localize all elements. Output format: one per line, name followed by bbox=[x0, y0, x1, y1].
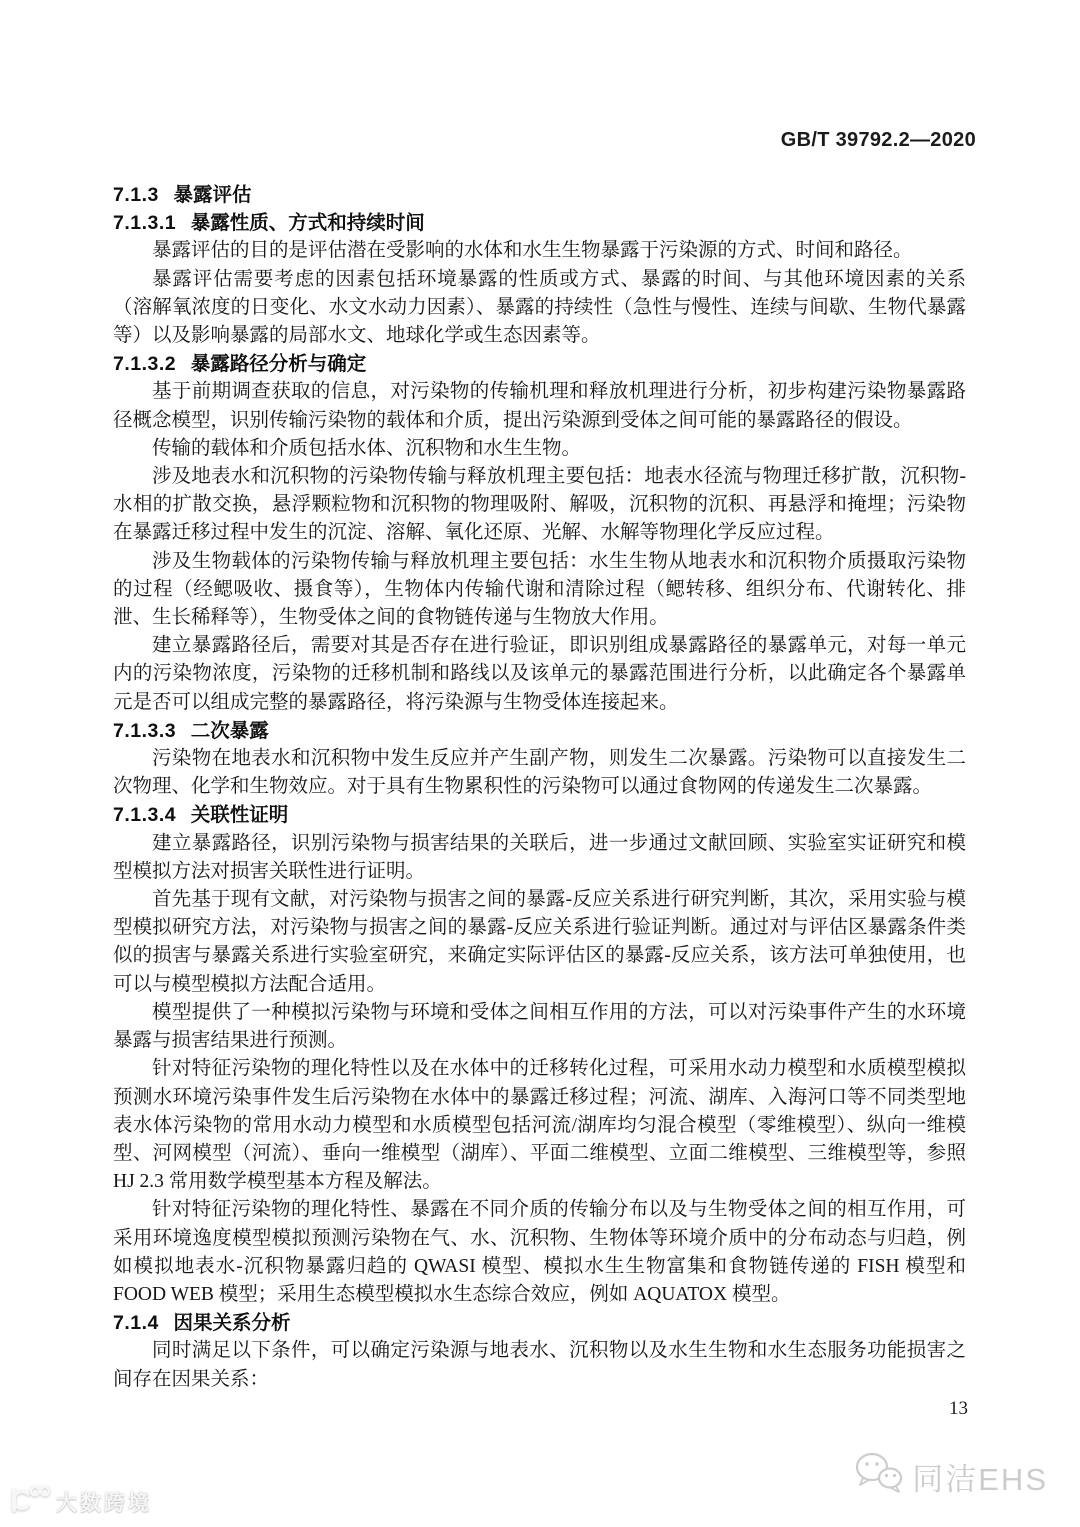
wechat-icon bbox=[853, 1450, 905, 1502]
section-heading-7.1.3: 7.1.3暴露评估 bbox=[113, 181, 966, 209]
paragraph: 建立暴露路径后，需要对其是否存在进行验证，即识别组成暴露路径的暴露单元，对每一单… bbox=[113, 632, 966, 717]
paragraph: 模型提供了一种模拟污染物与环境和受体之间相互作用的方法，可以对污染事件产生的水环… bbox=[113, 999, 966, 1055]
paragraph: 基于前期调查获取的信息，对污染物的传输机理和释放机理进行分析，初步构建污染物暴露… bbox=[113, 378, 966, 434]
section-title: 因果关系分析 bbox=[174, 1312, 291, 1334]
paragraph: 首先基于现有文献，对污染物与损害之间的暴露-反应关系进行研究判断，其次，采用实验… bbox=[113, 886, 966, 999]
section-title: 暴露评估 bbox=[174, 184, 252, 206]
standard-number-header: GB/T 39792.2—2020 bbox=[781, 129, 976, 152]
tongjie-ehs-watermark-label: 同洁EHS bbox=[912, 1454, 1048, 1499]
section-number: 7.1.3.1 bbox=[113, 212, 176, 234]
dashu-kuajing-watermark-label: 大数跨境 bbox=[56, 1487, 152, 1517]
section-number: 7.1.3.4 bbox=[113, 804, 176, 826]
paragraph: 针对特征污染物的理化特性、暴露在不同介质的传输分布以及与生物受体之间的相互作用，… bbox=[113, 1196, 966, 1309]
section-title: 二次暴露 bbox=[191, 720, 269, 742]
paragraph: 针对特征污染物的理化特性以及在水体中的迁移转化过程，可采用水动力模型和水质模型模… bbox=[113, 1055, 966, 1196]
section-title: 关联性证明 bbox=[191, 804, 289, 826]
tongjie-ehs-watermark: 同洁EHS bbox=[853, 1450, 1048, 1502]
paragraph: 同时满足以下条件，可以确定污染源与地表水、沉积物以及水生生物和水生态服务功能损害… bbox=[113, 1337, 966, 1393]
section-heading-7.1.3.4: 7.1.3.4关联性证明 bbox=[113, 801, 966, 829]
paragraph: 暴露评估的目的是评估潜在受影响的水体和水生生物暴露于污染源的方式、时间和路径。 bbox=[113, 237, 966, 265]
paragraph: 传输的载体和介质包括水体、沉积物和水生生物。 bbox=[113, 435, 966, 463]
dashu-100-icon bbox=[6, 1484, 50, 1520]
section-heading-7.1.4: 7.1.4因果关系分析 bbox=[113, 1309, 966, 1337]
section-title: 暴露性质、方式和持续时间 bbox=[191, 212, 425, 234]
paragraph: 建立暴露路径，识别污染物与损害结果的关联后，进一步通过文献回顾、实验室实证研究和… bbox=[113, 830, 966, 886]
document-body: 7.1.3暴露评估7.1.3.1暴露性质、方式和持续时间暴露评估的目的是评估潜在… bbox=[113, 181, 966, 1394]
section-number: 7.1.3.3 bbox=[113, 720, 176, 742]
dashu-kuajing-watermark: 大数跨境 bbox=[6, 1484, 152, 1520]
section-number: 7.1.4 bbox=[113, 1312, 159, 1334]
section-number: 7.1.3 bbox=[113, 184, 159, 206]
section-title: 暴露路径分析与确定 bbox=[191, 353, 367, 375]
paragraph: 污染物在地表水和沉积物中发生反应并产生副产物，则发生二次暴露。污染物可以直接发生… bbox=[113, 745, 966, 801]
paragraph: 涉及地表水和沉积物的污染物传输与释放机理主要包括：地表水径流与物理迁移扩散，沉积… bbox=[113, 463, 966, 548]
section-heading-7.1.3.1: 7.1.3.1暴露性质、方式和持续时间 bbox=[113, 209, 966, 237]
section-number: 7.1.3.2 bbox=[113, 353, 176, 375]
page-number: 13 bbox=[949, 1398, 968, 1420]
document-page: GB/T 39792.2—2020 7.1.3暴露评估7.1.3.1暴露性质、方… bbox=[0, 0, 1080, 1527]
paragraph: 涉及生物载体的污染物传输与释放机理主要包括：水生生物从地表水和沉积物介质摄取污染… bbox=[113, 548, 966, 633]
section-heading-7.1.3.3: 7.1.3.3二次暴露 bbox=[113, 717, 966, 745]
section-heading-7.1.3.2: 7.1.3.2暴露路径分析与确定 bbox=[113, 350, 966, 378]
paragraph: 暴露评估需要考虑的因素包括环境暴露的性质或方式、暴露的时间、与其他环境因素的关系… bbox=[113, 266, 966, 351]
